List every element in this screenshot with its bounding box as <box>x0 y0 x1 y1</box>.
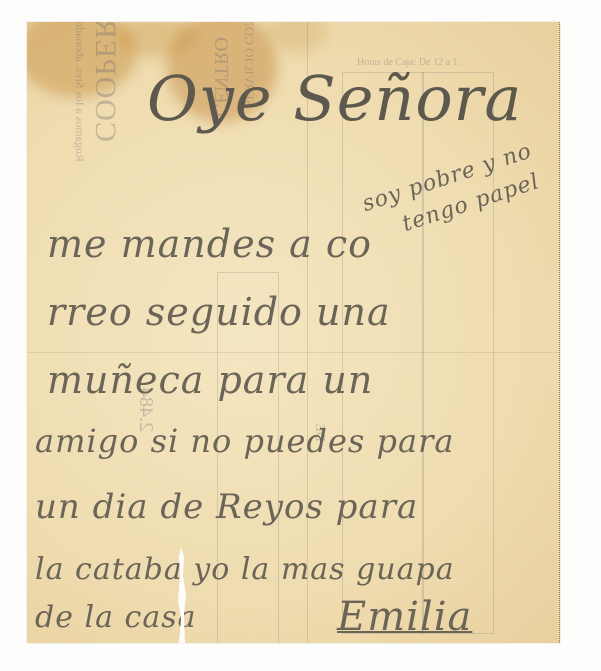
water-stain <box>267 22 327 52</box>
signature: Emilia <box>337 594 472 640</box>
letter-line-4: amigo si no puedes para <box>35 422 454 460</box>
letter-line-7: de la casa <box>35 600 196 635</box>
greeting-text: Oye Señora <box>147 62 522 135</box>
printed-table-column <box>342 72 424 634</box>
letter-line-5: un dia de Reyos para <box>35 487 418 527</box>
printed-org-name: COOPERATIVA ELECTRA MADRID <box>88 22 122 142</box>
letter-line-3: muñeca para un <box>47 358 373 402</box>
letter-paper: Horas de Caja: De 12 a 1. COOPERATIVA EL… <box>27 22 560 643</box>
letter-line-6: la cataba yo la mas guapa <box>35 552 455 587</box>
printed-fine-print: Rogamos a los Sres. abonados que... <box>72 22 87 162</box>
perforated-edge <box>558 22 560 643</box>
letter-line-1: me mandes a co <box>47 222 372 266</box>
letter-line-2: rreo seguido una <box>47 290 391 334</box>
